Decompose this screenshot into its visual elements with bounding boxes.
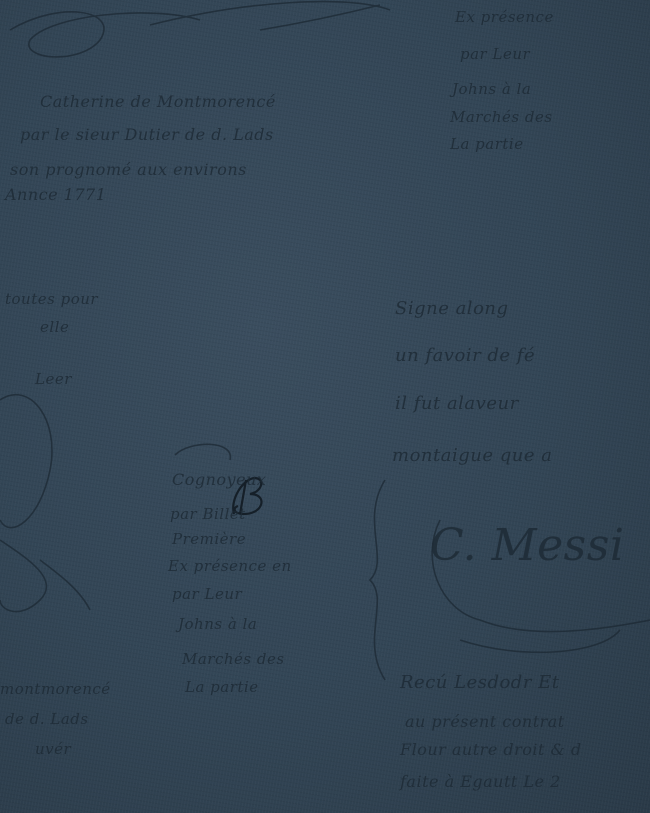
- script-fragment: Ex présence en: [168, 557, 292, 575]
- script-fragment: Annce 1771: [5, 185, 106, 204]
- script-fragment: Marchés des: [182, 650, 285, 668]
- script-fragment: Marchés des: [450, 108, 553, 126]
- script-fragment: Première: [172, 530, 246, 548]
- script-fragment: La partie: [450, 135, 524, 153]
- script-fragment: Johns à la: [178, 615, 257, 633]
- script-fragment: par Billet: [170, 505, 246, 523]
- script-fragment: montmorencé: [0, 680, 111, 698]
- script-fragment: Signe along: [395, 298, 509, 319]
- script-fragment: C. Messi: [430, 520, 624, 571]
- script-fragment: un favoir de fé: [395, 345, 535, 366]
- script-fragment: Catherine de Montmorencé: [40, 92, 276, 111]
- script-fragment: faite à Egautt Le 2: [400, 772, 561, 791]
- script-fragment: au présent contrat: [405, 712, 565, 731]
- script-fragment: Recú Lesdodr Et: [400, 672, 560, 693]
- script-fragment: Johns à la: [452, 80, 531, 98]
- script-fragment: elle: [40, 318, 69, 336]
- script-fragment: Flour autre droit & d: [400, 740, 582, 759]
- script-fragment: de d. Lads: [5, 710, 89, 728]
- script-fragment: La partie: [185, 678, 259, 696]
- script-fragment: son prognomé aux environs: [10, 160, 247, 179]
- script-fragment: par Leur: [172, 585, 242, 603]
- script-fragment: par le sieur Dutier de d. Lads: [20, 125, 274, 144]
- script-fragment: montaigue que a: [392, 445, 552, 466]
- fabric-texture: Ex présencepar LeurJohns à laMarchés des…: [0, 0, 650, 813]
- script-fragment: il fut alaveur: [395, 393, 519, 414]
- script-fragment: Cognoyeux: [172, 470, 266, 489]
- script-fragment: Ex présence: [455, 8, 554, 26]
- script-fragment: Leer: [35, 370, 72, 388]
- script-fragment: uvér: [35, 740, 71, 758]
- script-fragment: toutes pour: [5, 290, 98, 308]
- script-fragment: par Leur: [460, 45, 530, 63]
